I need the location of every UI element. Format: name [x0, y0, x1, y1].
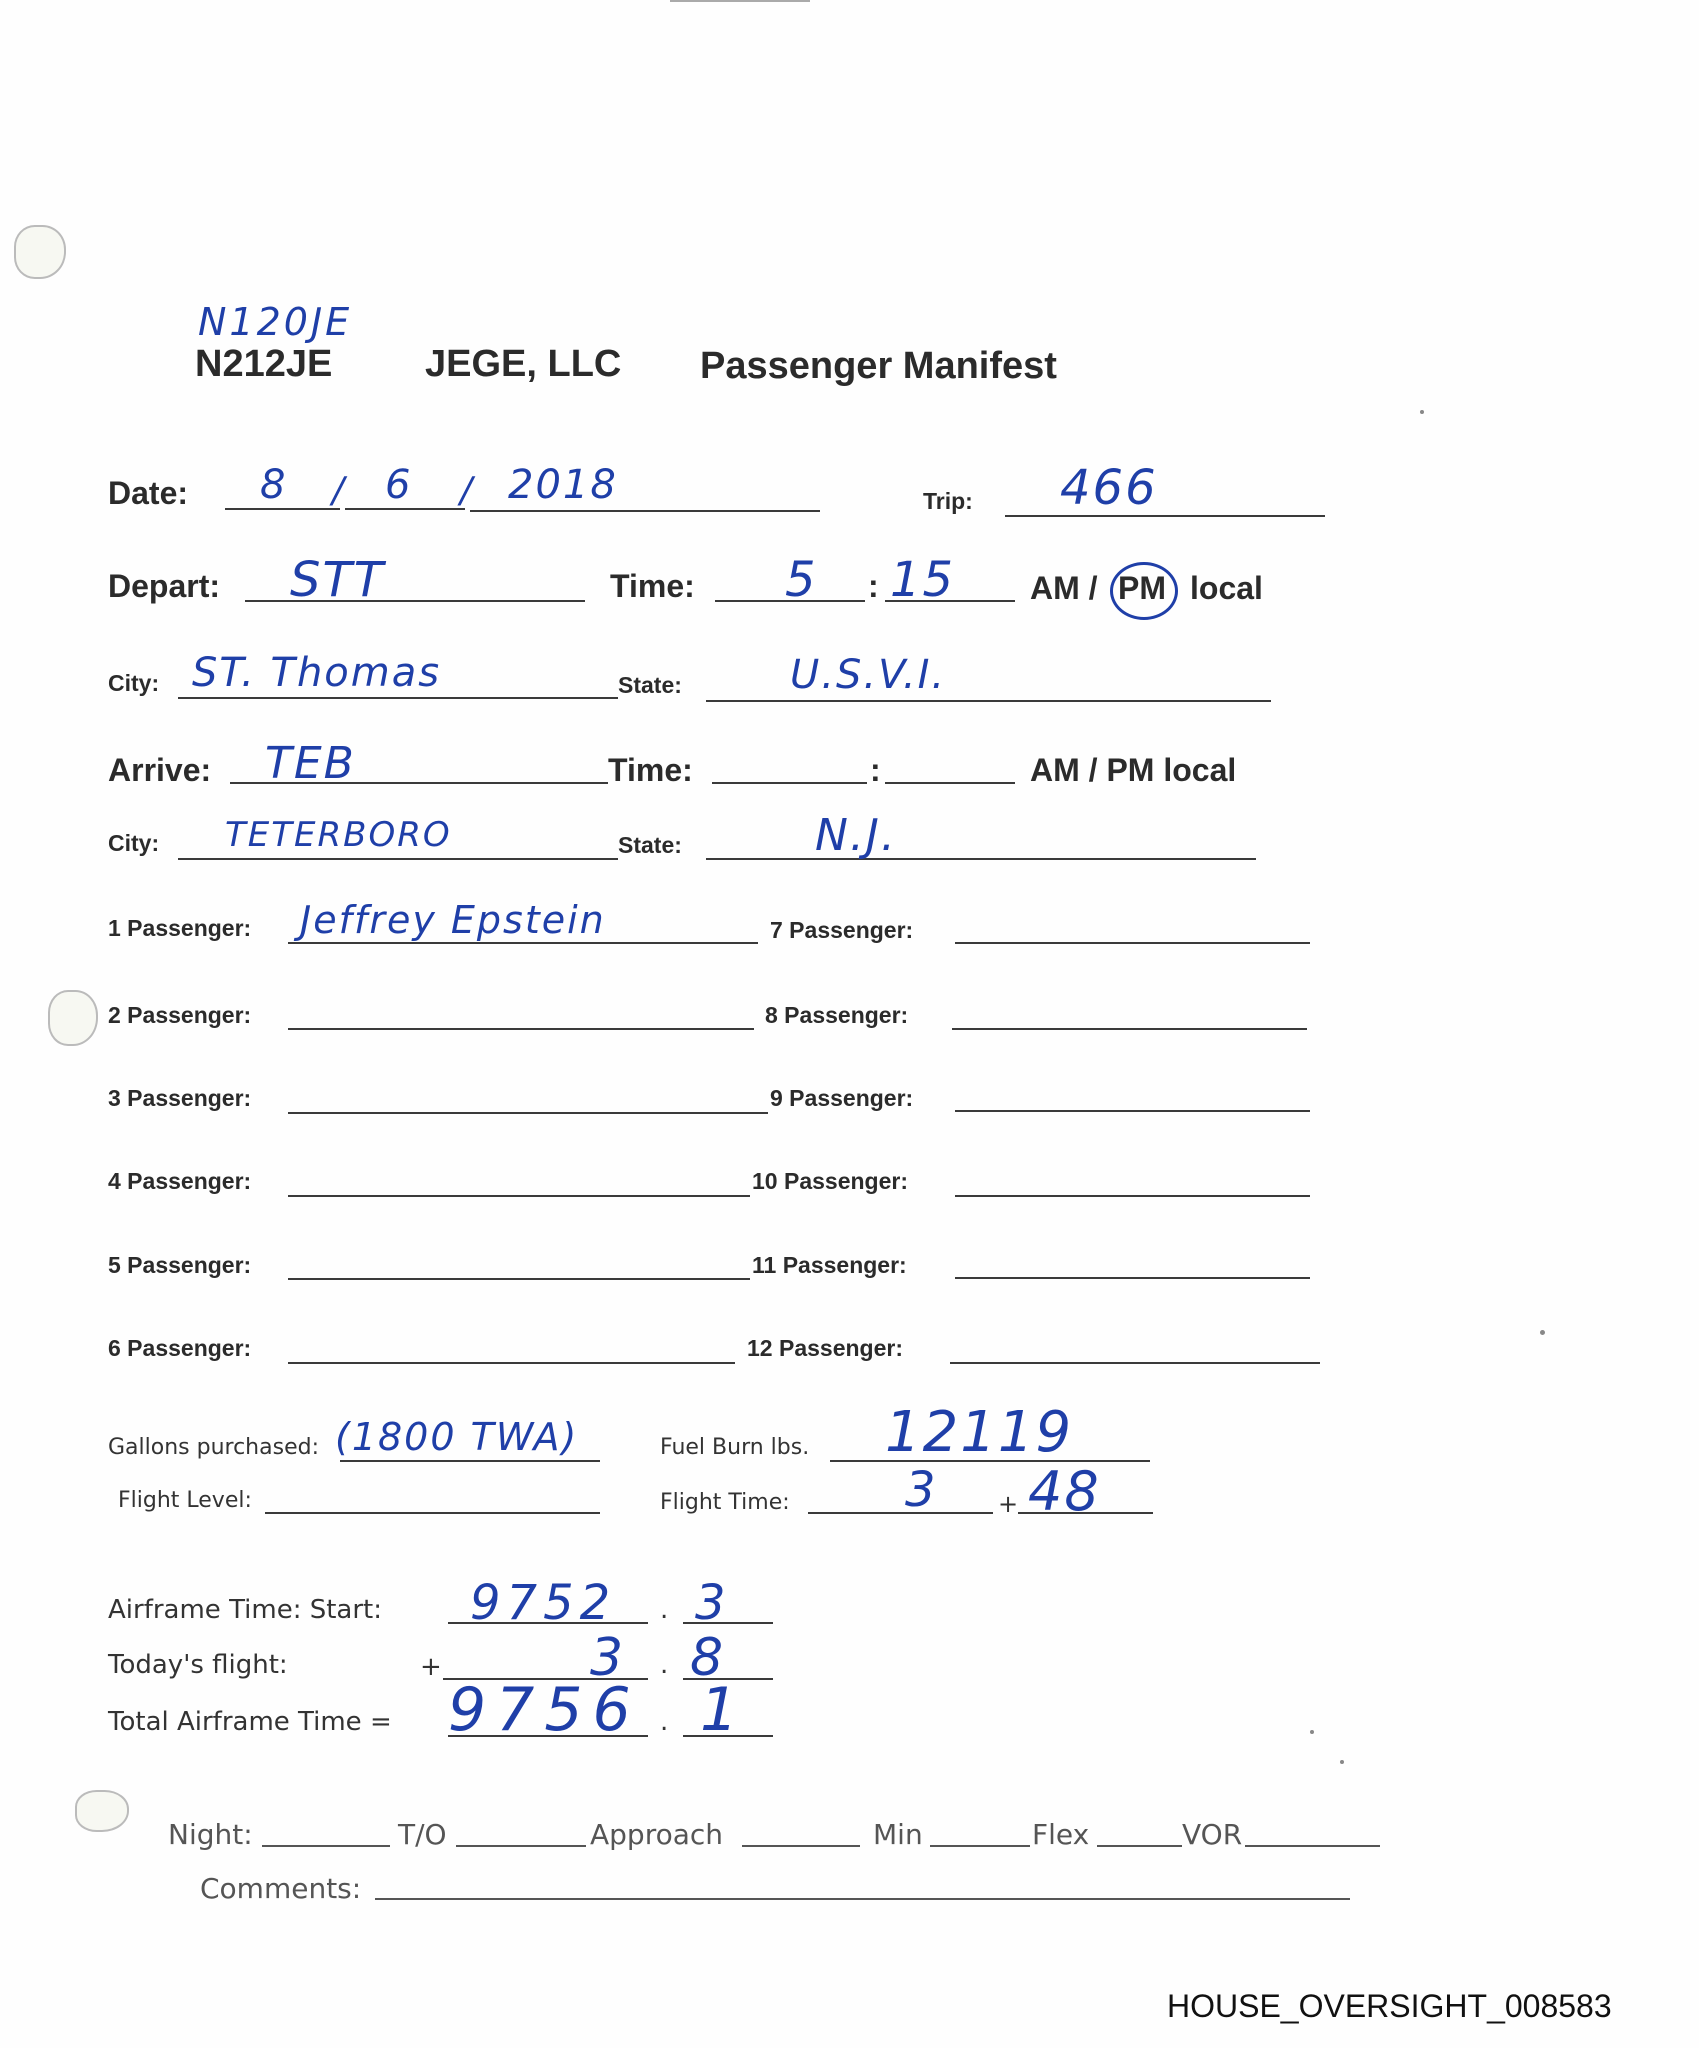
- takeoff-field[interactable]: [456, 1845, 586, 1847]
- depart-label: Depart:: [108, 568, 220, 605]
- vor-field[interactable]: [1245, 1845, 1380, 1847]
- punch-hole-mark: [48, 990, 98, 1046]
- depart-state-field[interactable]: U.S.V.I.: [790, 652, 946, 698]
- arrive-minute-line: [885, 782, 1015, 784]
- passenger-3-label: 3 Passenger:: [108, 1085, 251, 1112]
- arrive-city-label: City:: [108, 830, 159, 857]
- passenger-5-label: 5 Passenger:: [108, 1252, 251, 1279]
- airframe-start-tenth-field[interactable]: 3: [695, 1575, 728, 1631]
- arrive-label: Arrive:: [108, 752, 211, 789]
- depart-ampm-local: local: [1190, 570, 1263, 607]
- passenger-9-label: 9 Passenger:: [770, 1085, 913, 1112]
- arrive-state-label: State:: [618, 832, 682, 859]
- flex-label: Flex: [1032, 1818, 1089, 1851]
- total-airframe-tenth-field[interactable]: 1: [700, 1675, 740, 1745]
- night-field[interactable]: [262, 1845, 390, 1847]
- date-day-field[interactable]: 6: [385, 462, 412, 508]
- passenger-2-field[interactable]: [288, 1028, 754, 1030]
- time-colon: :: [870, 752, 881, 789]
- depart-hour-field[interactable]: 5: [785, 552, 818, 608]
- approach-field[interactable]: [742, 1845, 860, 1847]
- passenger-10-label: 10 Passenger:: [752, 1168, 908, 1195]
- fuel-burn-field[interactable]: 12119: [885, 1400, 1073, 1465]
- gallons-purchased-field[interactable]: (1800 TWA): [335, 1415, 578, 1459]
- passenger-12-field[interactable]: [950, 1362, 1320, 1364]
- company-name: JEGE, LLC: [425, 343, 621, 386]
- trip-label: Trip:: [923, 488, 973, 515]
- passenger-12-label: 12 Passenger:: [747, 1335, 903, 1362]
- passenger-6-label: 6 Passenger:: [108, 1335, 251, 1362]
- depart-time-label: Time:: [610, 568, 695, 605]
- date-day-line: [345, 508, 465, 510]
- manifest-page: N120JE N212JE JEGE, LLC Passenger Manife…: [0, 0, 1699, 2048]
- scan-speck: [1420, 410, 1424, 414]
- trip-line: [1005, 515, 1325, 517]
- depart-city-label: City:: [108, 670, 159, 697]
- passenger-1-line: [288, 942, 758, 944]
- flight-time-minutes-field[interactable]: 48: [1028, 1460, 1101, 1523]
- arrive-ampm-label[interactable]: AM / PM local: [1030, 752, 1236, 789]
- arrive-airport-field[interactable]: TEB: [265, 738, 356, 789]
- min-field[interactable]: [930, 1845, 1030, 1847]
- vor-label: VOR: [1182, 1818, 1242, 1851]
- flight-time-hours-line: [808, 1512, 993, 1514]
- date-month-line: [225, 508, 340, 510]
- page-title: Passenger Manifest: [700, 345, 1057, 388]
- scan-speck: [1310, 1730, 1314, 1734]
- comments-label: Comments:: [200, 1872, 361, 1905]
- date-separator: /: [460, 470, 474, 511]
- todays-flight-label: Today's flight:: [108, 1650, 288, 1680]
- passenger-4-label: 4 Passenger:: [108, 1168, 251, 1195]
- fuel-burn-label: Fuel Burn lbs.: [660, 1435, 809, 1460]
- passenger-3-field[interactable]: [288, 1112, 768, 1114]
- decimal-point: .: [660, 1650, 668, 1680]
- passenger-7-label: 7 Passenger:: [770, 917, 913, 944]
- date-label: Date:: [108, 475, 188, 512]
- flight-level-field[interactable]: [265, 1512, 600, 1514]
- punch-hole-mark: [14, 225, 66, 279]
- depart-state-label: State:: [618, 672, 682, 699]
- passenger-11-label: 11 Passenger:: [752, 1252, 907, 1279]
- date-month-field[interactable]: 8: [260, 462, 287, 508]
- passenger-8-label: 8 Passenger:: [765, 1002, 908, 1029]
- time-colon: :: [868, 568, 879, 605]
- bates-number: HOUSE_OVERSIGHT_008583: [1167, 1988, 1612, 2025]
- total-airframe-whole-field[interactable]: 9756: [448, 1675, 641, 1745]
- punch-hole-mark: [75, 1790, 129, 1832]
- decimal-point: .: [660, 1595, 668, 1625]
- depart-state-line: [706, 700, 1271, 702]
- passenger-1-field[interactable]: Jeffrey Epstein: [300, 898, 606, 942]
- passenger-1-label: 1 Passenger:: [108, 915, 251, 942]
- passenger-2-label: 2 Passenger:: [108, 1002, 251, 1029]
- takeoff-label: T/O: [398, 1818, 447, 1851]
- comments-field[interactable]: [375, 1898, 1350, 1900]
- arrive-time-label: Time:: [608, 752, 693, 789]
- passenger-9-field[interactable]: [955, 1110, 1310, 1112]
- total-airframe-label: Total Airframe Time =: [108, 1707, 392, 1737]
- min-label: Min: [873, 1818, 923, 1851]
- date-year-line: [470, 510, 820, 512]
- passenger-4-field[interactable]: [288, 1195, 750, 1197]
- scan-speck: [1340, 1760, 1344, 1764]
- passenger-5-field[interactable]: [288, 1278, 750, 1280]
- arrive-state-field[interactable]: N.J.: [815, 810, 897, 861]
- depart-minute-field[interactable]: 15: [890, 552, 955, 608]
- scan-speck: [1540, 1330, 1545, 1335]
- gallons-line: [340, 1460, 600, 1462]
- date-separator: /: [332, 470, 346, 511]
- airframe-start-whole-field[interactable]: 9752: [470, 1575, 616, 1631]
- tail-number-printed: N212JE: [195, 343, 332, 386]
- flight-time-label: Flight Time:: [660, 1490, 790, 1515]
- depart-city-line: [178, 697, 618, 699]
- trip-number-field[interactable]: 466: [1060, 460, 1158, 516]
- airframe-start-label: Airframe Time: Start:: [108, 1595, 382, 1625]
- depart-city-field[interactable]: ST. Thomas: [192, 650, 441, 696]
- decimal-point: .: [660, 1707, 668, 1737]
- depart-airport-field[interactable]: STT: [290, 552, 385, 608]
- gallons-purchased-label: Gallons purchased:: [108, 1435, 319, 1460]
- flex-field[interactable]: [1097, 1845, 1182, 1847]
- passenger-10-field[interactable]: [955, 1195, 1310, 1197]
- pm-selected-circle: [1110, 562, 1178, 620]
- passenger-8-field[interactable]: [952, 1028, 1307, 1030]
- approach-label: Approach: [590, 1818, 723, 1851]
- depart-ampm-am[interactable]: AM /: [1030, 570, 1098, 607]
- passenger-6-field[interactable]: [288, 1362, 735, 1364]
- arrive-state-line: [706, 858, 1256, 860]
- arrive-city-line: [178, 858, 618, 860]
- flight-level-label: Flight Level:: [118, 1488, 252, 1513]
- arrive-city-field[interactable]: TETERBORO: [225, 815, 452, 855]
- todays-flight-plus: +: [420, 1652, 442, 1682]
- scan-edge-mark: [670, 0, 810, 2]
- flight-time-hours-field[interactable]: 3: [905, 1462, 938, 1518]
- flight-time-plus: +: [998, 1490, 1018, 1518]
- date-year-field[interactable]: 2018: [508, 462, 618, 508]
- night-label: Night:: [168, 1818, 253, 1851]
- arrive-hour-line: [712, 782, 867, 784]
- passenger-11-field[interactable]: [955, 1277, 1310, 1279]
- tail-number-handwritten: N120JE: [198, 300, 352, 344]
- passenger-7-field[interactable]: [955, 942, 1310, 944]
